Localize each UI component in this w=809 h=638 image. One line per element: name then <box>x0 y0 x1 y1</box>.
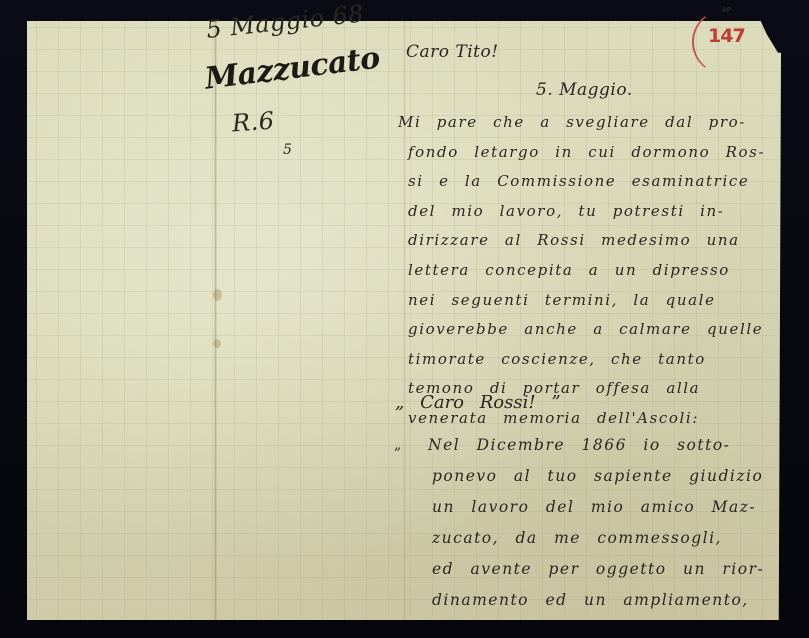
body-line: del mio lavoro, tu potresti in- <box>398 197 748 227</box>
quoted-line: un lavoro del mio amico Maz- <box>398 492 748 523</box>
quoted-line: dinamento ed un ampliamento, <box>398 585 748 616</box>
body-line: gioverebbe anche a calmare quelle <box>398 315 748 345</box>
letter-salutation: Caro Tito! <box>406 42 499 62</box>
body-line: si e la Commissione esaminatrice <box>398 167 748 197</box>
letter-body: Mi pare che a svegliare dal pro- fondo l… <box>398 108 748 434</box>
quote-mark-open: „ <box>395 392 404 413</box>
quote-mark: „ <box>394 430 403 461</box>
docket-reference: R.6 <box>231 107 275 138</box>
fold-crease <box>214 21 217 620</box>
letter-date: 5. Maggio. <box>536 80 633 100</box>
paper-stain <box>213 289 222 301</box>
quoted-line: ponevo al tuo sapiente giudizio <box>398 461 748 492</box>
quoted-letter-body: „ Nel Dicembre 1866 io sotto- ponevo al … <box>398 430 748 616</box>
quoted-line: „ Nel Dicembre 1866 io sotto- <box>398 430 748 461</box>
quoted-line-text: Nel Dicembre 1866 io sotto- <box>428 436 730 454</box>
body-line: lettera concepita a un dipresso <box>398 256 748 286</box>
quote-mark-close: ” <box>551 392 560 413</box>
paper-stain <box>213 339 221 348</box>
quoted-line: zucato, da me commessogli, <box>398 523 748 554</box>
quoted-line: ed avente per oggetto un rior- <box>398 554 748 585</box>
body-line: dirizzare al Rossi medesimo una <box>398 226 748 256</box>
quoted-salutation-block: „ Caro Rossi! ” <box>395 392 561 413</box>
body-line: Mi pare che a svegliare dal pro- <box>398 108 748 138</box>
body-line: nei seguenti termini, la quale <box>398 286 748 316</box>
quoted-salutation: Caro Rossi! <box>420 392 536 413</box>
docket-sub-number: 5 <box>283 142 292 158</box>
archive-number: 147 <box>708 25 745 47</box>
body-line: timorate coscienze, che tanto <box>398 345 748 375</box>
body-line: fondo letargo in cui dormono Ros- <box>398 138 748 168</box>
